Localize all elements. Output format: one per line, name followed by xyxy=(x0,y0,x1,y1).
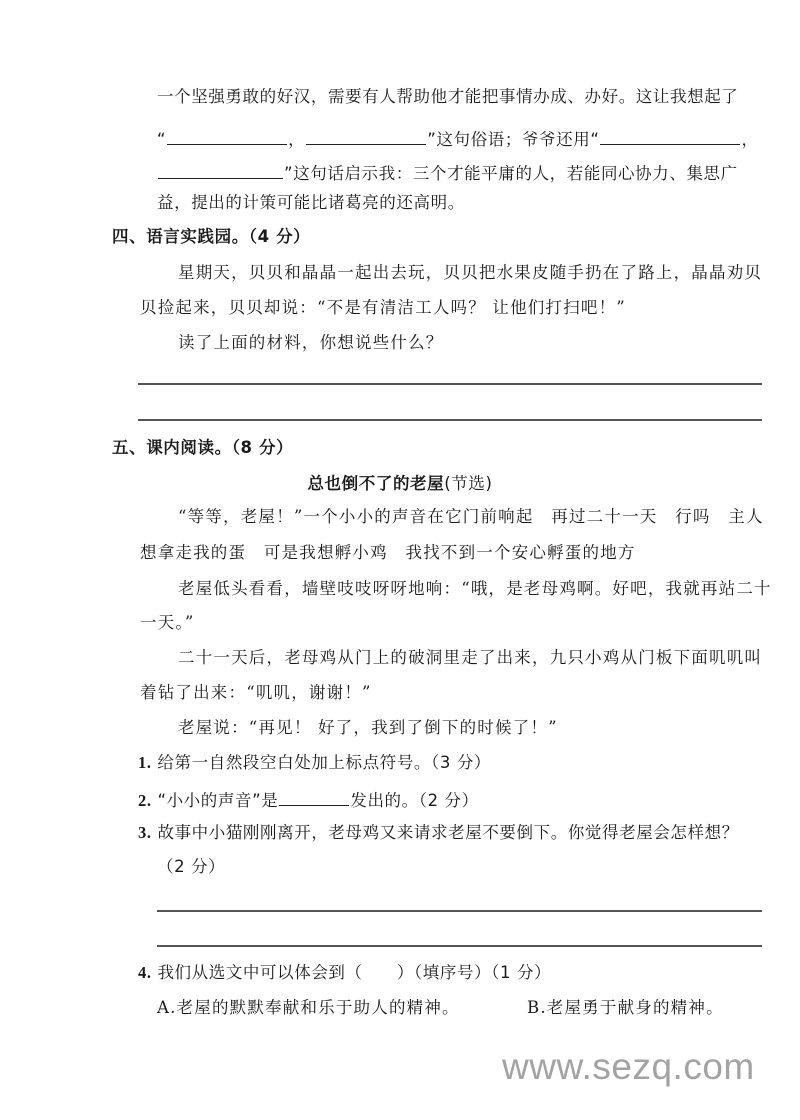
title-suffix: (节选) xyxy=(444,474,492,493)
answer-blank[interactable] xyxy=(279,787,349,806)
question-number: 2. xyxy=(138,791,152,810)
text: 益，提出的计策可能比诸葛亮的还高明。 xyxy=(157,193,465,212)
paragraph-line: 益，提出的计策可能比诸葛亮的还高明。 xyxy=(157,192,465,214)
option-text: 老屋的默默奉献和乐于助人的精神。 xyxy=(177,998,460,1017)
comma: ， xyxy=(288,130,305,149)
section-heading-5: 五、课内阅读。（8 分） xyxy=(112,437,293,459)
question-text: 发出的。（2 分） xyxy=(350,791,478,810)
passage-line: 想拿走我的蛋 可是我想孵小鸡 我找不到一个安心孵蛋的地方 xyxy=(140,542,636,564)
question-prompt: 读了上面的材料，你想说些什么？ xyxy=(178,332,444,354)
fill-in-line: “，”这句俗语；爷爷还用“， xyxy=(157,126,759,151)
blank-saying-part2[interactable] xyxy=(158,160,283,179)
blank-proverb-part1[interactable] xyxy=(167,126,287,145)
answer-line[interactable] xyxy=(157,945,762,947)
fill-in-line: ”这句话启示我：三个才能平庸的人，若能同心协力、集思广 xyxy=(157,160,738,185)
comma: ， xyxy=(741,130,758,149)
text: 一个坚强勇敢的好汉，需要有人帮助他才能把事情办成、办好。这让我想起了 xyxy=(157,87,738,106)
answer-line[interactable] xyxy=(157,910,762,912)
paragraph-line: 星期天，贝贝和晶晶一起出去玩，贝贝把水果皮随手扔在了路上，晶晶劝贝 xyxy=(178,262,762,284)
question-text: 故事中小猫刚刚离开，老母鸡又来请求老屋不要倒下。你觉得老屋会怎样想？ xyxy=(157,823,738,842)
section-heading-4: 四、语言实践园。（4 分） xyxy=(112,226,310,248)
open-quote: “ xyxy=(157,130,166,149)
question-2: 2. “小小的声音”是发出的。（2 分） xyxy=(138,787,479,812)
option-text: 老屋勇于献身的精神。 xyxy=(547,998,724,1017)
question-number: 4. xyxy=(138,963,152,982)
passage-line: 二十一天后，老母鸡从门上的破洞里走了出来，九只小鸡从门板下面叽叽叫 xyxy=(178,647,762,669)
question-text: 给第一自然段空白处加上标点符号。（3 分） xyxy=(157,753,491,772)
answer-line[interactable] xyxy=(138,383,762,385)
passage-line: 老屋说：“再见！ 好了，我到了倒下的时候了！” xyxy=(178,717,558,739)
passage-line: 老屋低头看看，墙壁吱吱呀呀地响：“哦，是老母鸡啊。好吧，我就再站二十 xyxy=(178,578,772,600)
passage-line: 一天。” xyxy=(140,612,195,634)
option-a[interactable]: A.老屋的默默奉献和乐于助人的精神。 xyxy=(157,997,460,1019)
question-3-score: （2 分） xyxy=(157,856,225,878)
option-label: A. xyxy=(157,998,177,1017)
paragraph-line: 贝捡起来，贝贝却说：“不是有清洁工人吗？ 让他们打扫吧！” xyxy=(140,297,626,319)
passage-line: “等等，老屋！”一个小小的声音在它门前响起 再过二十一天 行吗 主人 xyxy=(178,506,764,528)
question-1: 1. 给第一自然段空白处加上标点符号。（3 分） xyxy=(138,752,491,774)
question-number: 3. xyxy=(138,823,152,842)
question-text: “小小的声音”是 xyxy=(157,791,278,810)
text: ”这句话启示我：三个才能平庸的人，若能同心协力、集思广 xyxy=(284,164,738,183)
passage-title: 总也倒不了的老屋(节选) xyxy=(0,473,800,495)
watermark: www.sezq.com xyxy=(502,1046,755,1088)
question-3: 3. 故事中小猫刚刚离开，老母鸡又来请求老屋不要倒下。你觉得老屋会怎样想？ xyxy=(138,822,739,844)
question-number: 1. xyxy=(138,753,152,772)
question-4: 4. 我们从选文中可以体会到（ ）（填序号）（1 分） xyxy=(138,962,551,984)
passage-line: 着钻了出来：“叽叽，谢谢！” xyxy=(140,682,372,704)
option-label: B. xyxy=(527,998,547,1017)
blank-proverb-part2[interactable] xyxy=(306,126,426,145)
blank-saying-part1[interactable] xyxy=(600,126,740,145)
answer-line[interactable] xyxy=(138,419,762,421)
option-b[interactable]: B.老屋勇于献身的精神。 xyxy=(527,997,724,1019)
title-text: 总也倒不了的老屋 xyxy=(307,474,444,493)
text: ”这句俗语；爷爷还用“ xyxy=(427,130,599,149)
question-text: 我们从选文中可以体会到（ ）（填序号）（1 分） xyxy=(157,963,551,982)
paragraph-line: 一个坚强勇敢的好汉，需要有人帮助他才能把事情办成、办好。这让我想起了 xyxy=(157,86,738,108)
